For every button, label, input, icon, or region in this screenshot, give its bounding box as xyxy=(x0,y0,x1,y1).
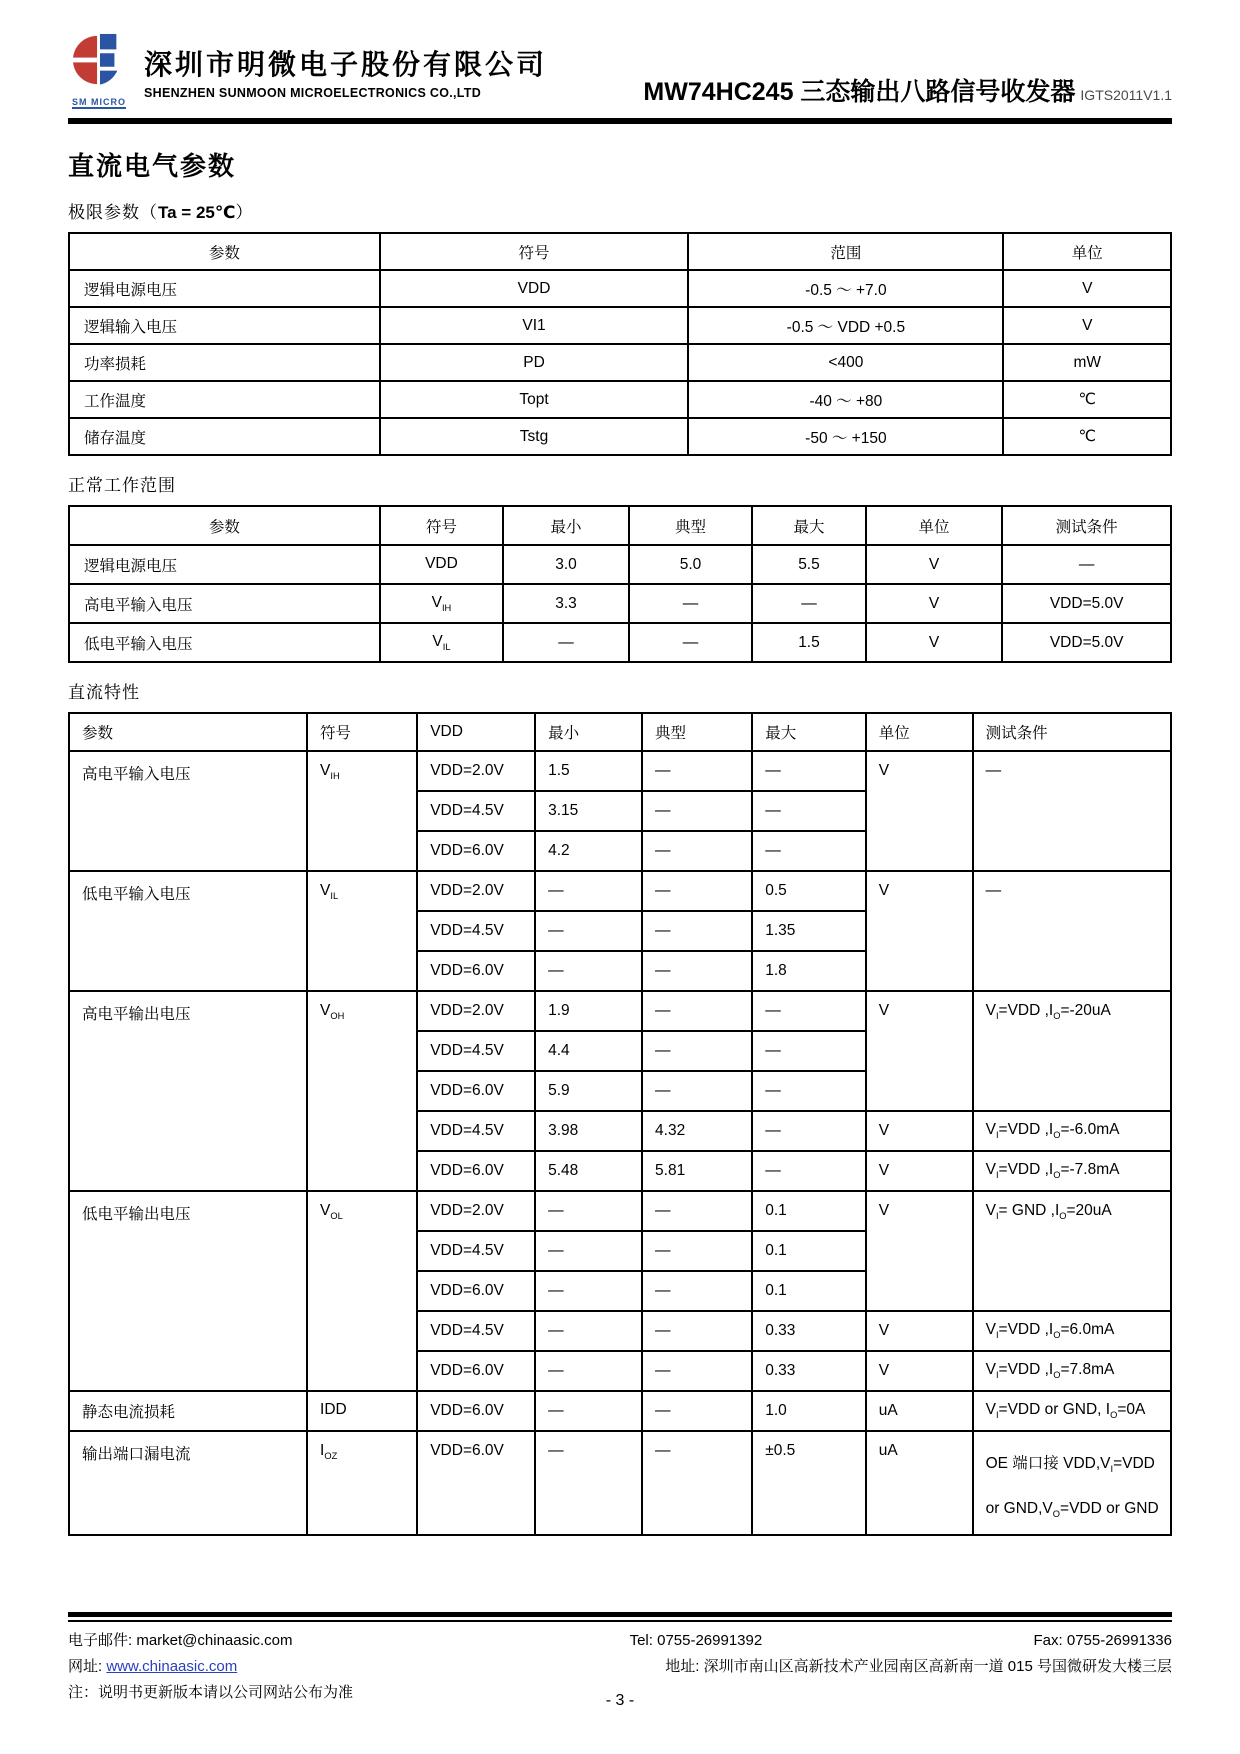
condition-cell: VI=VDD ,IO=-20uA xyxy=(973,991,1171,1111)
condition-cell: OE 端口接 VDD,VI=VDDor GND,VO=VDD or GND xyxy=(973,1431,1171,1535)
column-header: 最小 xyxy=(503,506,629,545)
table-row: 逻辑电源电压 VDD 3.0 5.0 5.5 V — xyxy=(69,545,1171,584)
unit-cell: uA xyxy=(866,1431,973,1535)
page-header: SM MICRO 深圳市明微电子股份有限公司 SHENZHEN SUNMOON … xyxy=(68,28,1172,110)
symbol-main: IDD xyxy=(320,1401,347,1418)
section-title: 直流电气参数 xyxy=(68,146,1172,183)
column-header: 单位 xyxy=(1003,233,1171,270)
column-header: 最大 xyxy=(752,506,866,545)
company-logo: SM MICRO xyxy=(68,33,130,110)
vdd-cell: VDD=4.5V xyxy=(417,1111,535,1151)
vdd-cell: VDD=2.0V xyxy=(417,991,535,1031)
column-header: 最大 xyxy=(752,713,866,751)
footer-website-label: 网址: xyxy=(68,1658,106,1675)
column-header: 典型 xyxy=(642,713,752,751)
company-names: 深圳市明微电子股份有限公司 SHENZHEN SUNMOON MICROELEC… xyxy=(144,43,547,100)
typ-cell: — xyxy=(642,951,752,991)
subtitle-condition: Ta = 25℃ xyxy=(158,203,235,222)
condition-cell: VI=VDD ,IO=-7.8mA xyxy=(973,1151,1171,1191)
vdd-cell: VDD=6.0V xyxy=(417,1431,535,1535)
unit-cell: V xyxy=(866,1191,973,1311)
symbol-cell: Tstg xyxy=(380,418,689,455)
typ-cell: 4.32 xyxy=(642,1111,752,1151)
symbol-cell: VDD xyxy=(380,545,503,584)
column-header: VDD xyxy=(417,713,535,751)
column-header: 范围 xyxy=(688,233,1003,270)
symbol-sub: OH xyxy=(330,1011,344,1021)
typ-cell: — xyxy=(642,1431,752,1535)
min-cell: 4.4 xyxy=(535,1031,642,1071)
typ-cell: — xyxy=(642,1191,752,1231)
param-cell: 功率损耗 xyxy=(69,344,380,381)
company-name-en: SHENZHEN SUNMOON MICROELECTRONICS CO.,LT… xyxy=(144,86,547,100)
min-cell: 3.98 xyxy=(535,1111,642,1151)
min-cell: — xyxy=(535,1191,642,1231)
vdd-cell: VDD=4.5V xyxy=(417,791,535,831)
range-cell: -0.5 ～ VDD +0.5 xyxy=(688,307,1003,344)
max-cell: 0.1 xyxy=(752,1191,866,1231)
max-cell: 1.35 xyxy=(752,911,866,951)
min-cell: — xyxy=(503,623,629,662)
unit-cell: V xyxy=(866,1151,973,1191)
table-header-row: 参数 符号 范围 单位 xyxy=(69,233,1171,270)
condition-cell: — xyxy=(973,871,1171,991)
typ-cell: 5.81 xyxy=(642,1151,752,1191)
vdd-cell: VDD=4.5V xyxy=(417,1231,535,1271)
max-cell: 0.33 xyxy=(752,1351,866,1391)
vdd-cell: VDD=6.0V xyxy=(417,1271,535,1311)
unit-cell: V xyxy=(1003,307,1171,344)
min-cell: 5.48 xyxy=(535,1151,642,1191)
vdd-cell: VDD=6.0V xyxy=(417,1351,535,1391)
max-cell: — xyxy=(752,831,866,871)
typ-cell: — xyxy=(642,791,752,831)
max-cell: 5.5 xyxy=(752,545,866,584)
min-cell: — xyxy=(535,1351,642,1391)
symbol-cell: IDD xyxy=(307,1391,417,1431)
param-cell: 工作温度 xyxy=(69,381,380,418)
range-cell: -40 ～ +80 xyxy=(688,381,1003,418)
symbol-main: VDD xyxy=(425,555,458,572)
vdd-cell: VDD=2.0V xyxy=(417,871,535,911)
max-cell: 0.1 xyxy=(752,1231,866,1271)
param-cell: 逻辑电源电压 xyxy=(69,545,380,584)
doc-title: MW74HC245 三态输出八路信号收发器 xyxy=(643,78,1075,106)
unit-cell: V xyxy=(866,871,973,991)
typ-cell: — xyxy=(642,1271,752,1311)
min-cell: 1.9 xyxy=(535,991,642,1031)
symbol-cell: VOL xyxy=(307,1191,417,1391)
unit-cell: mW xyxy=(1003,344,1171,381)
param-cell: 低电平输入电压 xyxy=(69,623,380,662)
min-cell: — xyxy=(535,1431,642,1535)
footer-website-link[interactable]: www.chinaasic.com xyxy=(106,1658,237,1675)
dc-table: 参数 符号 VDD 最小 典型 最大 单位 测试条件 高电平输入电压 VIH V… xyxy=(68,712,1172,1536)
table-row: 静态电流损耗 IDD VDD=6.0V — — 1.0 uA VI=VDD or… xyxy=(69,1391,1171,1431)
column-header: 参数 xyxy=(69,233,380,270)
column-header: 参数 xyxy=(69,506,380,545)
doc-title-block: MW74HC245 三态输出八路信号收发器IGTS2011V1.1 xyxy=(643,72,1172,110)
min-cell: — xyxy=(535,1231,642,1271)
vdd-cell: VDD=4.5V xyxy=(417,1311,535,1351)
vdd-cell: VDD=6.0V xyxy=(417,1391,535,1431)
column-header: 最小 xyxy=(535,713,642,751)
subtitle-text: ） xyxy=(235,203,253,222)
min-cell: 4.2 xyxy=(535,831,642,871)
table-row: 逻辑电源电压 VDD -0.5 ～ +7.0 V xyxy=(69,270,1171,307)
max-cell: — xyxy=(752,1111,866,1151)
table-row: 低电平输出电压 VOL VDD=2.0V — — 0.1 V VI= GND ,… xyxy=(69,1191,1171,1231)
unit-cell: V xyxy=(1003,270,1171,307)
max-cell: 0.5 xyxy=(752,871,866,911)
company-name-cn: 深圳市明微电子股份有限公司 xyxy=(144,43,547,83)
table-header-row: 参数 符号 VDD 最小 典型 最大 单位 测试条件 xyxy=(69,713,1171,751)
typ-cell: — xyxy=(642,991,752,1031)
min-cell: 5.9 xyxy=(535,1071,642,1111)
vdd-cell: VDD=4.5V xyxy=(417,1031,535,1071)
param-cell: 低电平输出电压 xyxy=(69,1191,307,1391)
symbol-main: V xyxy=(432,594,442,611)
max-cell: 1.0 xyxy=(752,1391,866,1431)
vdd-cell: VDD=2.0V xyxy=(417,1191,535,1231)
condition-cell: VI=VDD ,IO=6.0mA xyxy=(973,1311,1171,1351)
table-row: 高电平输入电压 VIH VDD=2.0V 1.5 — — V — xyxy=(69,751,1171,791)
typ-cell: — xyxy=(642,1231,752,1271)
unit-cell: ℃ xyxy=(1003,381,1171,418)
abs-max-subtitle: 极限参数（Ta = 25℃） xyxy=(68,198,1172,223)
symbol-main: V xyxy=(320,1202,330,1219)
range-cell: -50 ～ +150 xyxy=(688,418,1003,455)
symbol-main: V xyxy=(432,633,442,650)
min-cell: 3.15 xyxy=(535,791,642,831)
unit-cell: V xyxy=(866,751,973,871)
unit-cell: V xyxy=(866,1311,973,1351)
column-header: 测试条件 xyxy=(973,713,1171,751)
page-number: - 3 - xyxy=(0,1692,1240,1710)
typ-cell: — xyxy=(642,1031,752,1071)
param-cell: 逻辑输入电压 xyxy=(69,307,380,344)
column-header: 测试条件 xyxy=(1002,506,1171,545)
column-header: 单位 xyxy=(866,713,973,751)
vdd-cell: VDD=6.0V xyxy=(417,831,535,871)
typ-cell: 5.0 xyxy=(629,545,752,584)
min-cell: 3.3 xyxy=(503,584,629,623)
company-block: SM MICRO 深圳市明微电子股份有限公司 SHENZHEN SUNMOON … xyxy=(68,33,547,110)
param-cell: 高电平输入电压 xyxy=(69,751,307,871)
max-cell: — xyxy=(752,791,866,831)
min-cell: 1.5 xyxy=(535,751,642,791)
vdd-cell: VDD=6.0V xyxy=(417,1071,535,1111)
logo-caption: SM MICRO xyxy=(72,97,126,109)
footer-fax: Fax: 0755-26991336 xyxy=(841,1628,1172,1654)
max-cell: — xyxy=(752,1031,866,1071)
table-row: 功率损耗 PD <400 mW xyxy=(69,344,1171,381)
footer-email: 电子邮件: market@chinaasic.com xyxy=(68,1628,510,1654)
condition-cell: VI=VDD ,IO=7.8mA xyxy=(973,1351,1171,1391)
footer-tel: Tel: 0755-26991392 xyxy=(510,1628,841,1654)
unit-cell: uA xyxy=(866,1391,973,1431)
symbol-cell: IOZ xyxy=(307,1431,417,1535)
column-header: 参数 xyxy=(69,713,307,751)
symbol-cell: VDD xyxy=(380,270,689,307)
symbol-cell: VIL xyxy=(307,871,417,991)
min-cell: — xyxy=(535,1271,642,1311)
column-header: 符号 xyxy=(380,233,689,270)
condition-cell: — xyxy=(973,751,1171,871)
column-header: 符号 xyxy=(307,713,417,751)
op-range-subtitle: 正常工作范围 xyxy=(68,471,1172,496)
max-cell: — xyxy=(752,1151,866,1191)
table-row: 高电平输出电压 VOH VDD=2.0V 1.9 — — V VI=VDD ,I… xyxy=(69,991,1171,1031)
unit-cell: V xyxy=(866,991,973,1111)
min-cell: — xyxy=(535,1311,642,1351)
symbol-main: V xyxy=(320,1002,330,1019)
param-cell: 储存温度 xyxy=(69,418,380,455)
table-row: 储存温度 Tstg -50 ～ +150 ℃ xyxy=(69,418,1171,455)
param-cell: 逻辑电源电压 xyxy=(69,270,380,307)
vdd-cell: VDD=6.0V xyxy=(417,1151,535,1191)
max-cell: — xyxy=(752,991,866,1031)
symbol-sub: IL xyxy=(443,642,451,652)
unit-cell: V xyxy=(866,623,1003,662)
datasheet-page: SM MICRO 深圳市明微电子股份有限公司 SHENZHEN SUNMOON … xyxy=(0,0,1240,1754)
max-cell: — xyxy=(752,1071,866,1111)
typ-cell: — xyxy=(629,623,752,662)
max-cell: ±0.5 xyxy=(752,1431,866,1535)
table-row: 逻辑输入电压 VI1 -0.5 ～ VDD +0.5 V xyxy=(69,307,1171,344)
symbol-sub: IL xyxy=(330,891,338,901)
symbol-sub: IH xyxy=(330,771,339,781)
subtitle-text: 极限参数（ xyxy=(68,203,158,222)
symbol-cell: VIH xyxy=(380,584,503,623)
condition-cell: VI=VDD ,IO=-6.0mA xyxy=(973,1111,1171,1151)
symbol-cell: VIH xyxy=(307,751,417,871)
vdd-cell: VDD=4.5V xyxy=(417,911,535,951)
param-cell: 高电平输出电压 xyxy=(69,991,307,1191)
unit-cell: ℃ xyxy=(1003,418,1171,455)
unit-cell: V xyxy=(866,1111,973,1151)
vdd-cell: VDD=2.0V xyxy=(417,751,535,791)
header-rule xyxy=(68,118,1172,124)
symbol-sub: IH xyxy=(442,603,451,613)
table-header-row: 参数 符号 最小 典型 最大 单位 测试条件 xyxy=(69,506,1171,545)
max-cell: 1.5 xyxy=(752,623,866,662)
condition-cell: — xyxy=(1002,545,1171,584)
range-cell: <400 xyxy=(688,344,1003,381)
footer-website: 网址: www.chinaasic.com xyxy=(68,1654,510,1680)
condition-cell: VI= GND ,IO=20uA xyxy=(973,1191,1171,1311)
param-cell: 输出端口漏电流 xyxy=(69,1431,307,1535)
typ-cell: — xyxy=(642,831,752,871)
table-row: 高电平输入电压 VIH 3.3 — — V VDD=5.0V xyxy=(69,584,1171,623)
column-header: 单位 xyxy=(866,506,1003,545)
symbol-cell: VIL xyxy=(380,623,503,662)
min-cell: — xyxy=(535,951,642,991)
column-header: 符号 xyxy=(380,506,503,545)
typ-cell: — xyxy=(629,584,752,623)
footer-rule-thin xyxy=(68,1620,1172,1622)
table-row: 低电平输入电压 VIL — — 1.5 V VDD=5.0V xyxy=(69,623,1171,662)
param-cell: 低电平输入电压 xyxy=(69,871,307,991)
symbol-main: V xyxy=(320,762,330,779)
typ-cell: — xyxy=(642,1351,752,1391)
footer-rule xyxy=(68,1612,1172,1617)
typ-cell: — xyxy=(642,871,752,911)
column-header: 典型 xyxy=(629,506,752,545)
param-cell: 高电平输入电压 xyxy=(69,584,380,623)
op-range-table: 参数 符号 最小 典型 最大 单位 测试条件 逻辑电源电压 VDD 3.0 5.… xyxy=(68,505,1172,663)
symbol-sub: OZ xyxy=(324,1451,337,1461)
symbol-sub: OL xyxy=(330,1211,342,1221)
table-row: 低电平输入电压 VIL VDD=2.0V — — 0.5 V — xyxy=(69,871,1171,911)
symbol-cell: VI1 xyxy=(380,307,689,344)
footer-address: 地址: 深圳市南山区高新技术产业园南区高新南一道 015 号国微研发大楼三层 xyxy=(510,1654,1172,1680)
max-cell: — xyxy=(752,751,866,791)
max-cell: 1.8 xyxy=(752,951,866,991)
max-cell: — xyxy=(752,584,866,623)
dc-subtitle: 直流特性 xyxy=(68,678,1172,703)
symbol-cell: PD xyxy=(380,344,689,381)
min-cell: — xyxy=(535,871,642,911)
logo-mark-icon xyxy=(70,33,128,87)
unit-cell: V xyxy=(866,545,1003,584)
min-cell: — xyxy=(535,911,642,951)
range-cell: -0.5 ～ +7.0 xyxy=(688,270,1003,307)
table-row: 工作温度 Topt -40 ～ +80 ℃ xyxy=(69,381,1171,418)
abs-max-table: 参数 符号 范围 单位 逻辑电源电压 VDD -0.5 ～ +7.0 V 逻辑输… xyxy=(68,232,1172,456)
condition-cell: VDD=5.0V xyxy=(1002,623,1171,662)
typ-cell: — xyxy=(642,751,752,791)
condition-cell: VDD=5.0V xyxy=(1002,584,1171,623)
unit-cell: V xyxy=(866,1351,973,1391)
typ-cell: — xyxy=(642,1391,752,1431)
symbol-cell: Topt xyxy=(380,381,689,418)
unit-cell: V xyxy=(866,584,1003,623)
max-cell: 0.1 xyxy=(752,1271,866,1311)
max-cell: 0.33 xyxy=(752,1311,866,1351)
symbol-cell: VOH xyxy=(307,991,417,1191)
param-cell: 静态电流损耗 xyxy=(69,1391,307,1431)
typ-cell: — xyxy=(642,911,752,951)
condition-cell: VI=VDD or GND, IO=0A xyxy=(973,1391,1171,1431)
table-row: 输出端口漏电流 IOZ VDD=6.0V — — ±0.5 uA OE 端口接 … xyxy=(69,1431,1171,1535)
typ-cell: — xyxy=(642,1071,752,1111)
doc-version: IGTS2011V1.1 xyxy=(1080,87,1172,103)
vdd-cell: VDD=6.0V xyxy=(417,951,535,991)
typ-cell: — xyxy=(642,1311,752,1351)
min-cell: 3.0 xyxy=(503,545,629,584)
min-cell: — xyxy=(535,1391,642,1431)
symbol-main: V xyxy=(320,882,330,899)
